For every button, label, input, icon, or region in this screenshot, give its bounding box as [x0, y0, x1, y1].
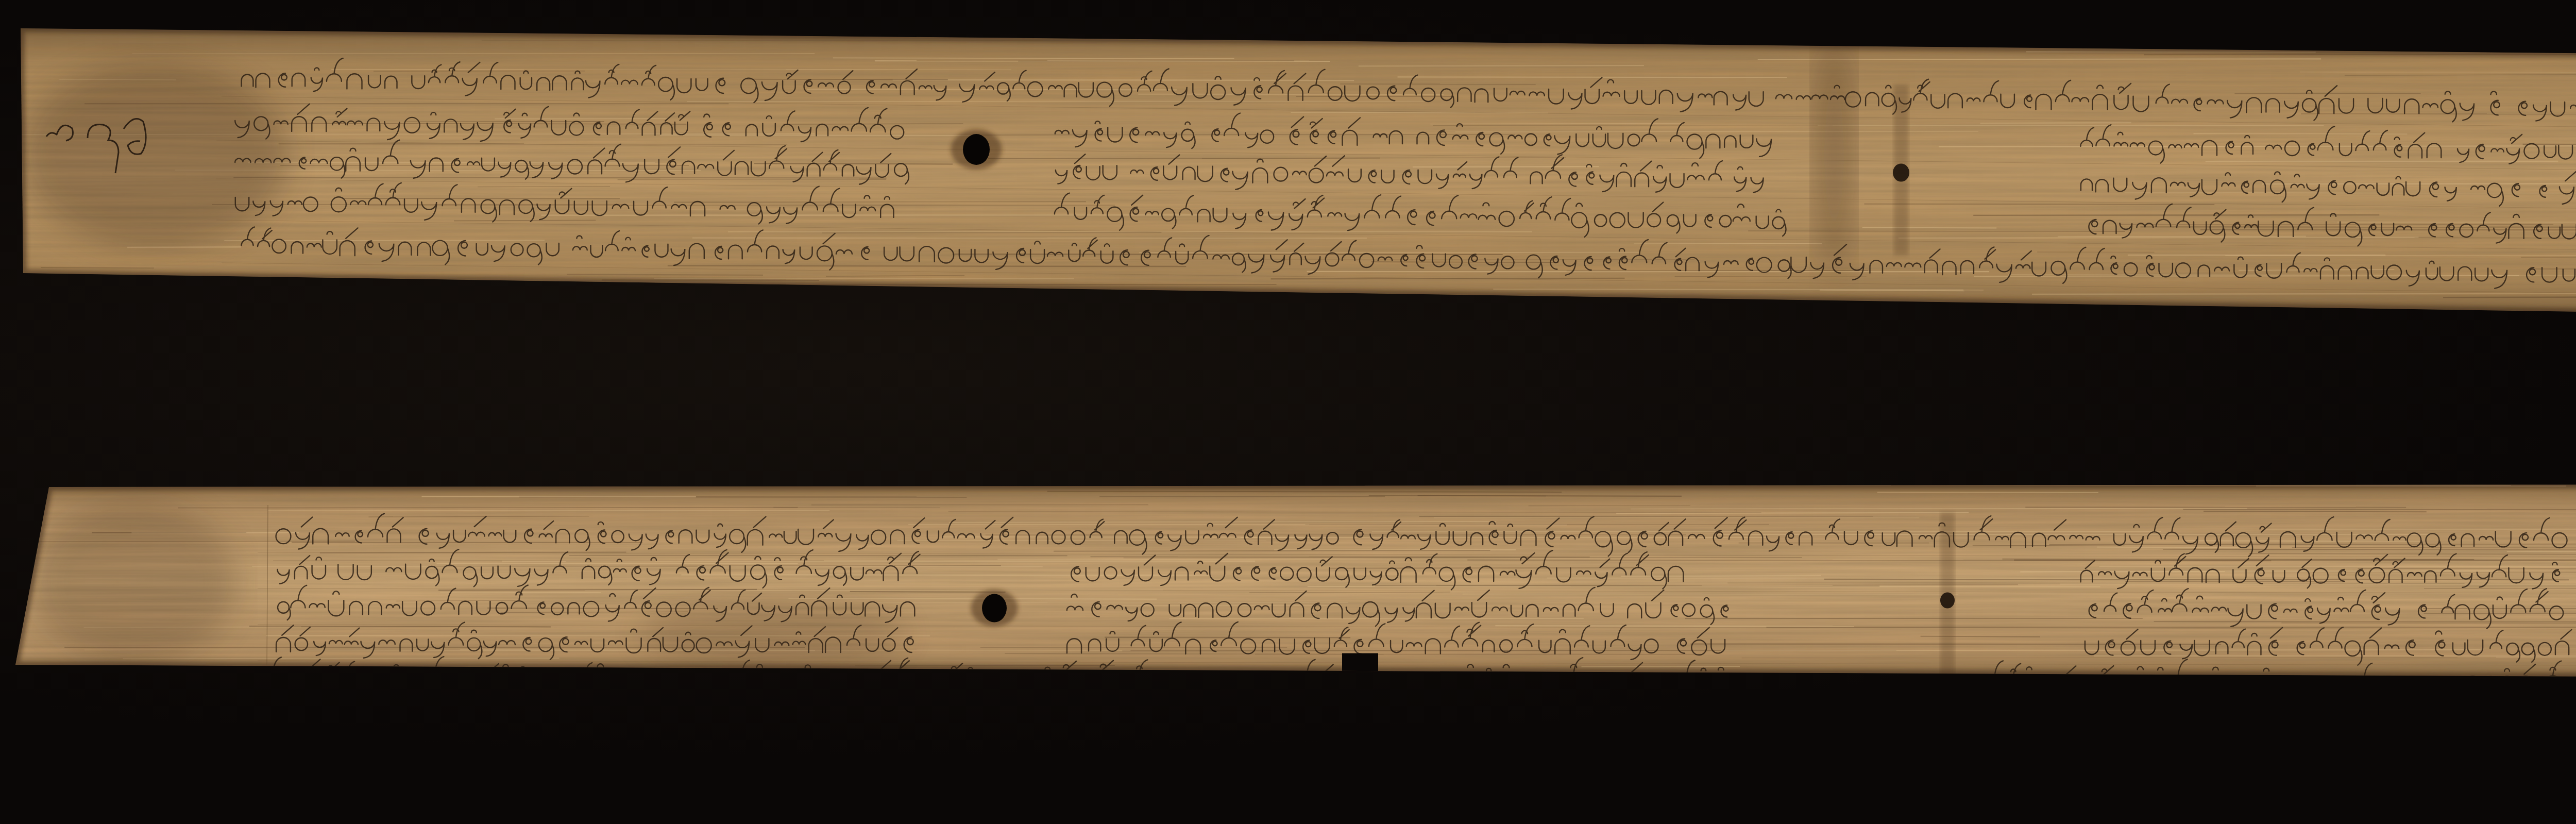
- manuscript-canvas: [0, 0, 2576, 824]
- string-hole-2: [1940, 513, 1955, 683]
- stain: [21, 62, 289, 247]
- stain: [1814, 36, 1855, 273]
- string-hole-2: [1893, 85, 1909, 255]
- string-hole-1: [951, 129, 1002, 170]
- leaf-bottom: [0, 484, 2576, 700]
- leaf-top: [0, 28, 2576, 315]
- stain: [639, 598, 907, 670]
- stain: [31, 500, 237, 665]
- string-hole-1: [971, 590, 1018, 627]
- edge-notch: [1342, 653, 1378, 696]
